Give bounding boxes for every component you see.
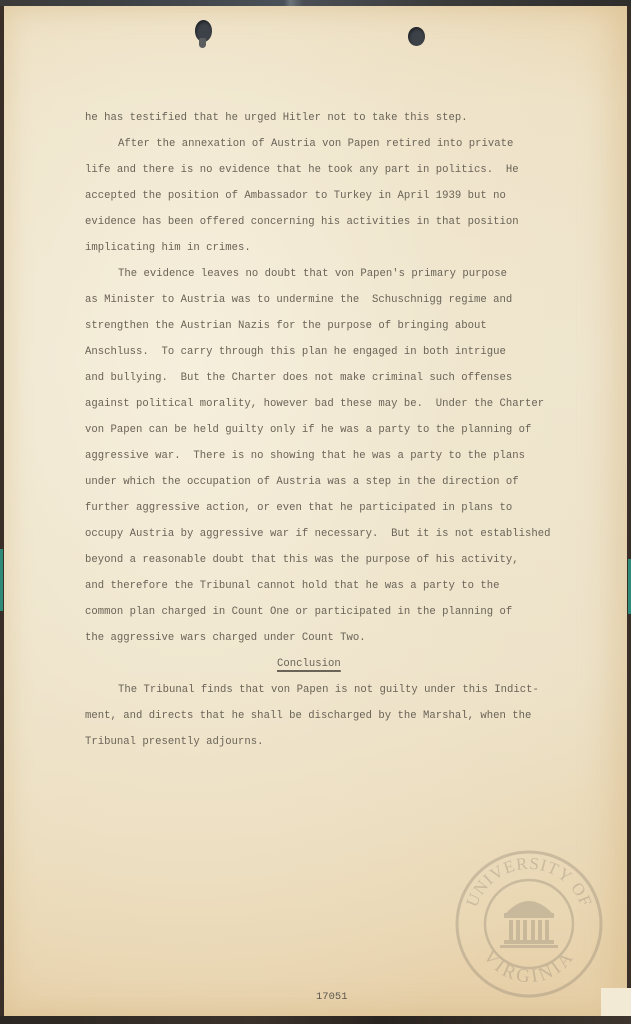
text-line: and therefore the Tribunal cannot hold t… xyxy=(85,573,565,599)
text-line: further aggressive action, or even that … xyxy=(85,495,565,521)
text-line: Tribunal presently adjourns. xyxy=(85,729,565,755)
text-line: The evidence leaves no doubt that von Pa… xyxy=(85,261,565,287)
text-line: Anschluss. To carry through this plan he… xyxy=(85,339,565,365)
text-line: evidence has been offered concerning his… xyxy=(85,209,565,235)
text-line: implicating him in crimes. xyxy=(85,235,565,261)
svg-text:VIRGINIA: VIRGINIA xyxy=(479,946,580,988)
text-line: ment, and directs that he shall be disch… xyxy=(85,703,565,729)
scanner-right-edge xyxy=(627,6,631,1016)
section-heading-row: Conclusion xyxy=(85,651,565,677)
text-line: accepted the position of Ambassador to T… xyxy=(85,183,565,209)
punch-hole-icon xyxy=(195,20,212,42)
text-line: under which the occupation of Austria wa… xyxy=(85,469,565,495)
text-line: von Papen can be held guilty only if he … xyxy=(85,417,565,443)
scan-corner-patch xyxy=(601,988,631,1016)
tab-marker xyxy=(0,549,3,611)
page-number: 17051 xyxy=(316,991,348,1003)
text-line: common plan charged in Count One or part… xyxy=(85,599,565,625)
text-line: as Minister to Austria was to undermine … xyxy=(85,287,565,313)
text-line: beyond a reasonable doubt that this was … xyxy=(85,547,565,573)
text-line: occupy Austria by aggressive war if nece… xyxy=(85,521,565,547)
university-seal-watermark-icon: UNIVERSITY OF VIRGINIA xyxy=(454,849,604,999)
typed-text-body: he has testified that he urged Hitler no… xyxy=(85,105,565,755)
scanner-bottom-edge xyxy=(0,1016,631,1024)
text-line: the aggressive wars charged under Count … xyxy=(85,625,565,651)
punch-hole-icon xyxy=(408,27,425,46)
section-heading: Conclusion xyxy=(277,658,341,670)
text-line: he has testified that he urged Hitler no… xyxy=(85,105,565,131)
text-line: against political morality, however bad … xyxy=(85,391,565,417)
text-line: aggressive war. There is no showing that… xyxy=(85,443,565,469)
document-page: he has testified that he urged Hitler no… xyxy=(4,6,627,1016)
seal-bottom-text: VIRGINIA xyxy=(479,946,580,988)
text-line: strengthen the Austrian Nazis for the pu… xyxy=(85,313,565,339)
text-line: The Tribunal finds that von Papen is not… xyxy=(85,677,565,703)
text-line: and bullying. But the Charter does not m… xyxy=(85,365,565,391)
text-line: life and there is no evidence that he to… xyxy=(85,157,565,183)
text-line: After the annexation of Austria von Pape… xyxy=(85,131,565,157)
scan-frame: he has testified that he urged Hitler no… xyxy=(0,0,631,1024)
